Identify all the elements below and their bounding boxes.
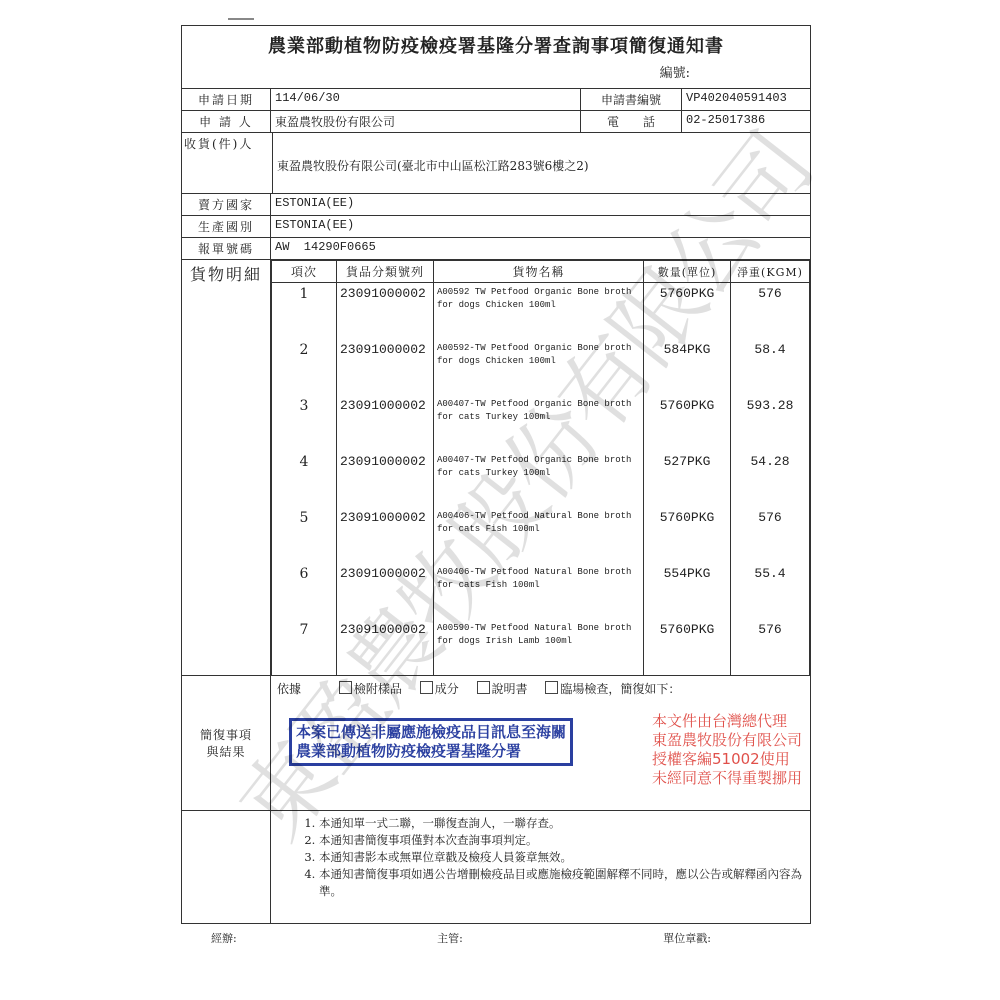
item-qty: 5760PKG (644, 395, 731, 451)
seller-country-label: 賣方國家 (182, 194, 271, 215)
option-sample: 檢附樣品 (354, 682, 402, 696)
item-no: 6 (272, 563, 337, 619)
checkbox-onsite[interactable] (545, 681, 558, 694)
checkbox-ingredients[interactable] (420, 681, 433, 694)
item-name: A00592-TW Petfood Organic Bone broth for… (434, 339, 644, 395)
goods-table-wrap: 項次 貨品分類號列 貨物名稱 數量(單位) 淨重(KGM) 1230910000… (271, 260, 810, 675)
handler-label: 經辦: (211, 930, 237, 946)
document-title: 農業部動植物防疫檢疫署基隆分署查詢事項簡復通知書 (182, 26, 810, 60)
scan-mark (228, 18, 254, 20)
table-row: 323091000002A00407-TW Petfood Organic Bo… (272, 395, 810, 451)
item-code: 23091000002 (337, 339, 434, 395)
table-row: 523091000002A00406-TW Petfood Natural Bo… (272, 507, 810, 563)
item-qty: 527PKG (644, 451, 731, 507)
note-item: 本通知單一式二聯，一聯復查詢人，一聯存查。 (319, 815, 810, 832)
supervisor-label: 主管: (437, 930, 463, 946)
goods-table-body: 123091000002A00592 TW Petfood Organic Bo… (272, 283, 810, 676)
checkbox-manual[interactable] (477, 681, 490, 694)
note-item: 本通知書簡復事項僅對本次查詢事項判定。 (319, 832, 810, 849)
item-no: 7 (272, 619, 337, 675)
item-no: 5 (272, 507, 337, 563)
basis-label: 依據 (277, 682, 301, 696)
col-no: 項次 (272, 261, 337, 283)
basis-checkboxes: 依據 檢附樣品 成分 說明書 臨場檢查，簡復如下： (271, 676, 810, 701)
item-no: 2 (272, 339, 337, 395)
row-applicant: 申 請 人 東盈農牧股份有限公司 電 話 02-25017386 (182, 111, 810, 133)
declaration-value: AW 14290F0665 (271, 238, 810, 259)
table-row: 723091000002A00590-TW Petfood Natural Bo… (272, 619, 810, 675)
option-onsite: 臨場檢查，簡復如下： (560, 682, 680, 696)
notes-list: 本通知單一式二聯，一聯復查詢人，一聯存查。本通知書簡復事項僅對本次查詢事項判定。… (271, 815, 810, 900)
item-name: A00590-TW Petfood Natural Bone broth for… (434, 619, 644, 675)
overlay-line: 本文件由台灣總代理 (652, 712, 802, 731)
item-qty: 554PKG (644, 563, 731, 619)
item-weight: 593.28 (731, 395, 810, 451)
overlay-line: 授權客編51002使用 (652, 750, 802, 769)
results-section: 簡復事項與結果 依據 檢附樣品 成分 說明書 臨場檢查，簡復如下： 本案已傳送非… (182, 675, 810, 811)
row-apply-date: 申請日期 114/06/30 申請書編號 VP402040591403 (182, 89, 810, 111)
item-code: 23091000002 (337, 451, 434, 507)
consignee-value: 東盈農牧股份有限公司(臺北市中山區松江路283號6樓之2) (273, 133, 810, 193)
apply-date-value: 114/06/30 (271, 89, 580, 110)
consignee-label: 收貨(件)人 (182, 133, 273, 193)
phone-label: 電 話 (580, 111, 682, 132)
item-no: 3 (272, 395, 337, 451)
goods-table-header: 項次 貨品分類號列 貨物名稱 數量(單位) 淨重(KGM) (272, 261, 810, 283)
checkbox-sample[interactable] (339, 681, 352, 694)
col-name: 貨物名稱 (434, 261, 644, 283)
table-row: 123091000002A00592 TW Petfood Organic Bo… (272, 283, 810, 340)
item-name: A00407-TW Petfood Organic Bone broth for… (434, 451, 644, 507)
item-weight: 58.4 (731, 339, 810, 395)
row-consignee: 收貨(件)人 東盈農牧股份有限公司(臺北市中山區松江路283號6樓之2) (182, 133, 810, 194)
item-code: 23091000002 (337, 507, 434, 563)
serial-number: 編號: (182, 60, 810, 89)
results-body: 依據 檢附樣品 成分 說明書 臨場檢查，簡復如下： 本案已傳送非屬應施檢疫品目訊… (271, 676, 810, 810)
note-item: 本通知書影本或無單位章戳及檢疫人員簽章無效。 (319, 849, 810, 866)
declaration-label: 報單號碼 (182, 238, 271, 259)
applicant-value: 東盈農牧股份有限公司 (271, 111, 580, 132)
goods-table: 項次 貨品分類號列 貨物名稱 數量(單位) 淨重(KGM) 1230910000… (271, 260, 810, 675)
item-code: 23091000002 (337, 563, 434, 619)
stamp-line-2: 農業部動植物防疫檢疫署基隆分署 (296, 742, 566, 761)
note-item: 本通知書簡復事項如遇公告增刪檢疫品目或應施檢疫範圍解釋不同時，應以公告或解釋函內… (319, 866, 810, 900)
item-weight: 54.28 (731, 451, 810, 507)
phone-value: 02-25017386 (682, 111, 810, 132)
item-qty: 584PKG (644, 339, 731, 395)
results-label: 簡復事項與結果 (182, 676, 271, 810)
table-row: 623091000002A00406-TW Petfood Natural Bo… (272, 563, 810, 619)
col-qty: 數量(單位) (644, 261, 731, 283)
serial-label: 編號: (660, 66, 690, 81)
origin-value: ESTONIA(EE) (271, 216, 810, 237)
option-manual: 說明書 (492, 682, 528, 696)
applicant-label: 申 請 人 (182, 111, 271, 132)
goods-label-text: 貨物明細 (190, 265, 262, 284)
row-seller-country: 賣方國家 ESTONIA(EE) (182, 194, 810, 216)
item-no: 4 (272, 451, 337, 507)
stamp-line-1: 本案已傳送非屬應施檢疫品目訊息至海關 (296, 723, 566, 742)
item-no: 1 (272, 283, 337, 340)
table-row: 423091000002A00407-TW Petfood Organic Bo… (272, 451, 810, 507)
origin-label: 生產國別 (182, 216, 271, 237)
item-name: A00406-TW Petfood Natural Bone broth for… (434, 563, 644, 619)
notes-body: 本通知單一式二聯，一聯復查詢人，一聯存查。本通知書簡復事項僅對本次查詢事項判定。… (271, 811, 810, 923)
item-name: A00407-TW Petfood Organic Bone broth for… (434, 395, 644, 451)
notice-document: 農業部動植物防疫檢疫署基隆分署查詢事項簡復通知書 編號: 申請日期 114/06… (181, 25, 811, 946)
item-name: A00406-TW Petfood Natural Bone broth for… (434, 507, 644, 563)
col-weight: 淨重(KGM) (731, 261, 810, 283)
overlay-line: 東盈農牧股份有限公司 (652, 731, 802, 750)
item-code: 23091000002 (337, 619, 434, 675)
seller-country-value: ESTONIA(EE) (271, 194, 810, 215)
item-code: 23091000002 (337, 395, 434, 451)
signature-footer: 經辦: 主管: 單位章戳: (181, 924, 811, 946)
authorization-overlay: 本文件由台灣總代理東盈農牧股份有限公司授權客編51002使用未經同意不得重製挪用 (652, 712, 802, 788)
item-qty: 5760PKG (644, 619, 731, 675)
app-no-label: 申請書編號 (580, 89, 682, 110)
item-weight: 576 (731, 283, 810, 340)
notes-label (182, 811, 271, 923)
overlay-line: 未經同意不得重製挪用 (652, 769, 802, 788)
goods-section: 貨物明細 項次 貨品分類號列 貨物名稱 數量(單位) 淨重(KGM) 12309… (182, 260, 810, 675)
app-no-value: VP402040591403 (682, 89, 810, 110)
col-code: 貨品分類號列 (337, 261, 434, 283)
item-qty: 5760PKG (644, 507, 731, 563)
item-weight: 576 (731, 619, 810, 675)
row-declaration: 報單號碼 AW 14290F0665 (182, 238, 810, 260)
item-weight: 576 (731, 507, 810, 563)
table-row: 223091000002A00592-TW Petfood Organic Bo… (272, 339, 810, 395)
option-ingredients: 成分 (435, 682, 459, 696)
goods-label: 貨物明細 (182, 260, 271, 675)
item-name: A00592 TW Petfood Organic Bone broth for… (434, 283, 644, 340)
row-origin: 生產國別 ESTONIA(EE) (182, 216, 810, 238)
results-label-text: 簡復事項與結果 (196, 726, 256, 760)
seal-label: 單位章戳: (663, 930, 711, 946)
item-weight: 55.4 (731, 563, 810, 619)
item-qty: 5760PKG (644, 283, 731, 340)
notes-section: 本通知單一式二聯，一聯復查詢人，一聯存查。本通知書簡復事項僅對本次查詢事項判定。… (182, 811, 810, 923)
apply-date-label: 申請日期 (182, 89, 271, 110)
item-code: 23091000002 (337, 283, 434, 340)
official-stamp: 本案已傳送非屬應施檢疫品目訊息至海關 農業部動植物防疫檢疫署基隆分署 (289, 718, 573, 766)
